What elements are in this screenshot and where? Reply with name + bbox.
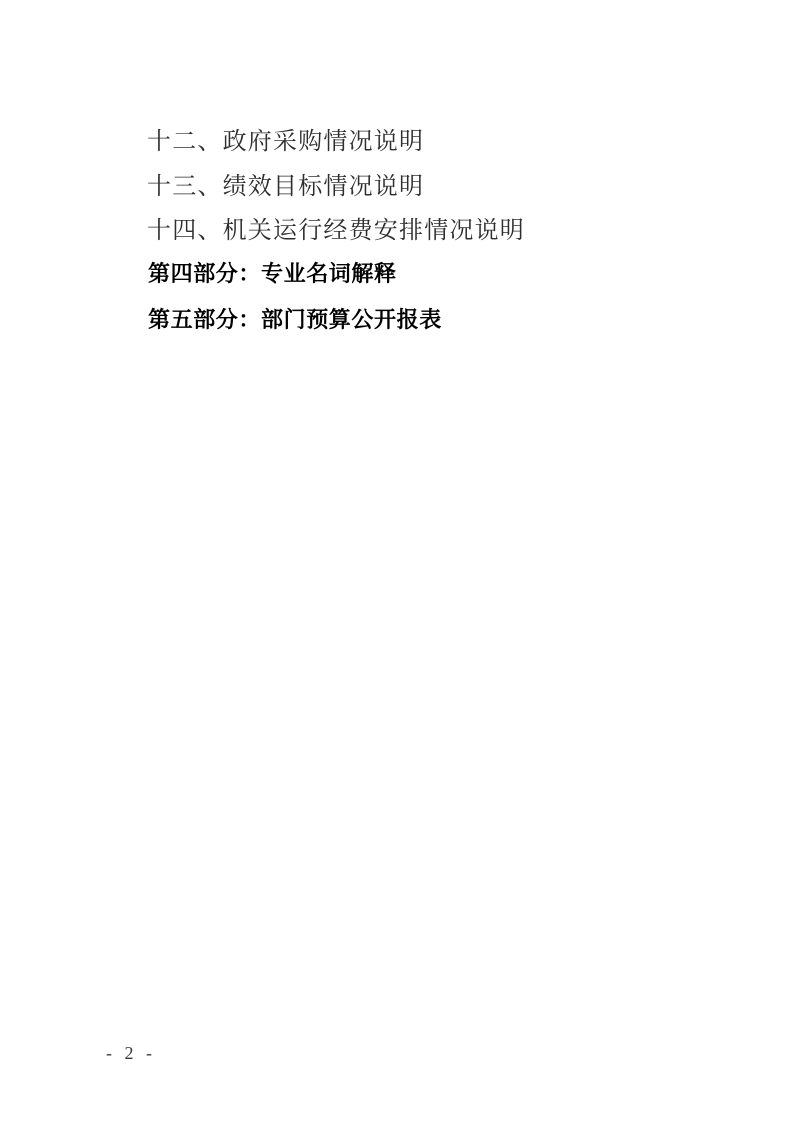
page-number: - 2 - [106,1044,153,1062]
toc-item-agency-operating-funds: 十四、机关运行经费安排情况说明 [147,219,525,243]
toc-item-government-procurement: 十二、政府采购情况说明 [147,130,424,154]
document-page: 十二、政府采购情况说明 十三、绩效目标情况说明 十四、机关运行经费安排情况说明 … [0,0,793,1122]
section-heading-part-four: 第四部分：专业名词解释 [148,263,397,285]
section-heading-part-five: 第五部分：部门预算公开报表 [148,309,442,331]
toc-item-performance-targets: 十三、绩效目标情况说明 [147,175,424,199]
